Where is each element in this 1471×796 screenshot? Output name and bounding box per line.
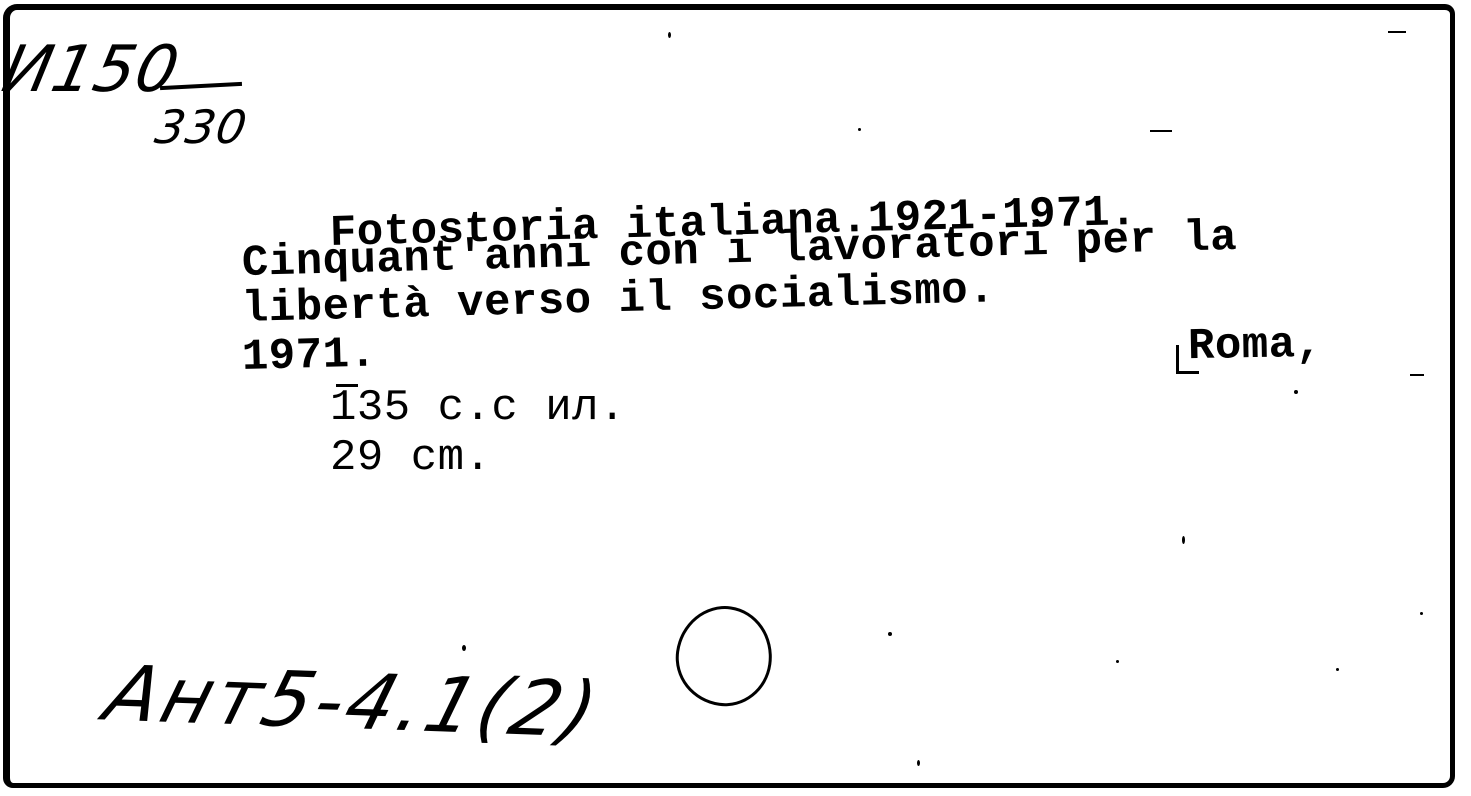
- publication-year: 1971.: [241, 334, 377, 378]
- dash-mark: [1150, 130, 1172, 132]
- speck: [1116, 660, 1119, 663]
- call-number: Ант5-4.1(2): [98, 655, 609, 748]
- speck: [888, 632, 892, 636]
- shelf-subnumber: 330: [152, 104, 251, 150]
- speck: [1294, 390, 1298, 394]
- shelf-number: И150: [0, 38, 185, 102]
- speck: [858, 128, 861, 131]
- speck: [462, 645, 466, 651]
- speck: [1420, 612, 1423, 615]
- publication-place: Roma,: [1188, 325, 1323, 367]
- dimensions: 29 cm.: [330, 438, 491, 478]
- dash-mark: [1410, 374, 1424, 376]
- speck: [1182, 536, 1185, 544]
- extent: 135 c.c ил.: [330, 388, 626, 428]
- speck: [668, 32, 671, 38]
- speck: [1336, 668, 1339, 671]
- speck: [917, 760, 920, 766]
- dash-mark: [1388, 31, 1406, 33]
